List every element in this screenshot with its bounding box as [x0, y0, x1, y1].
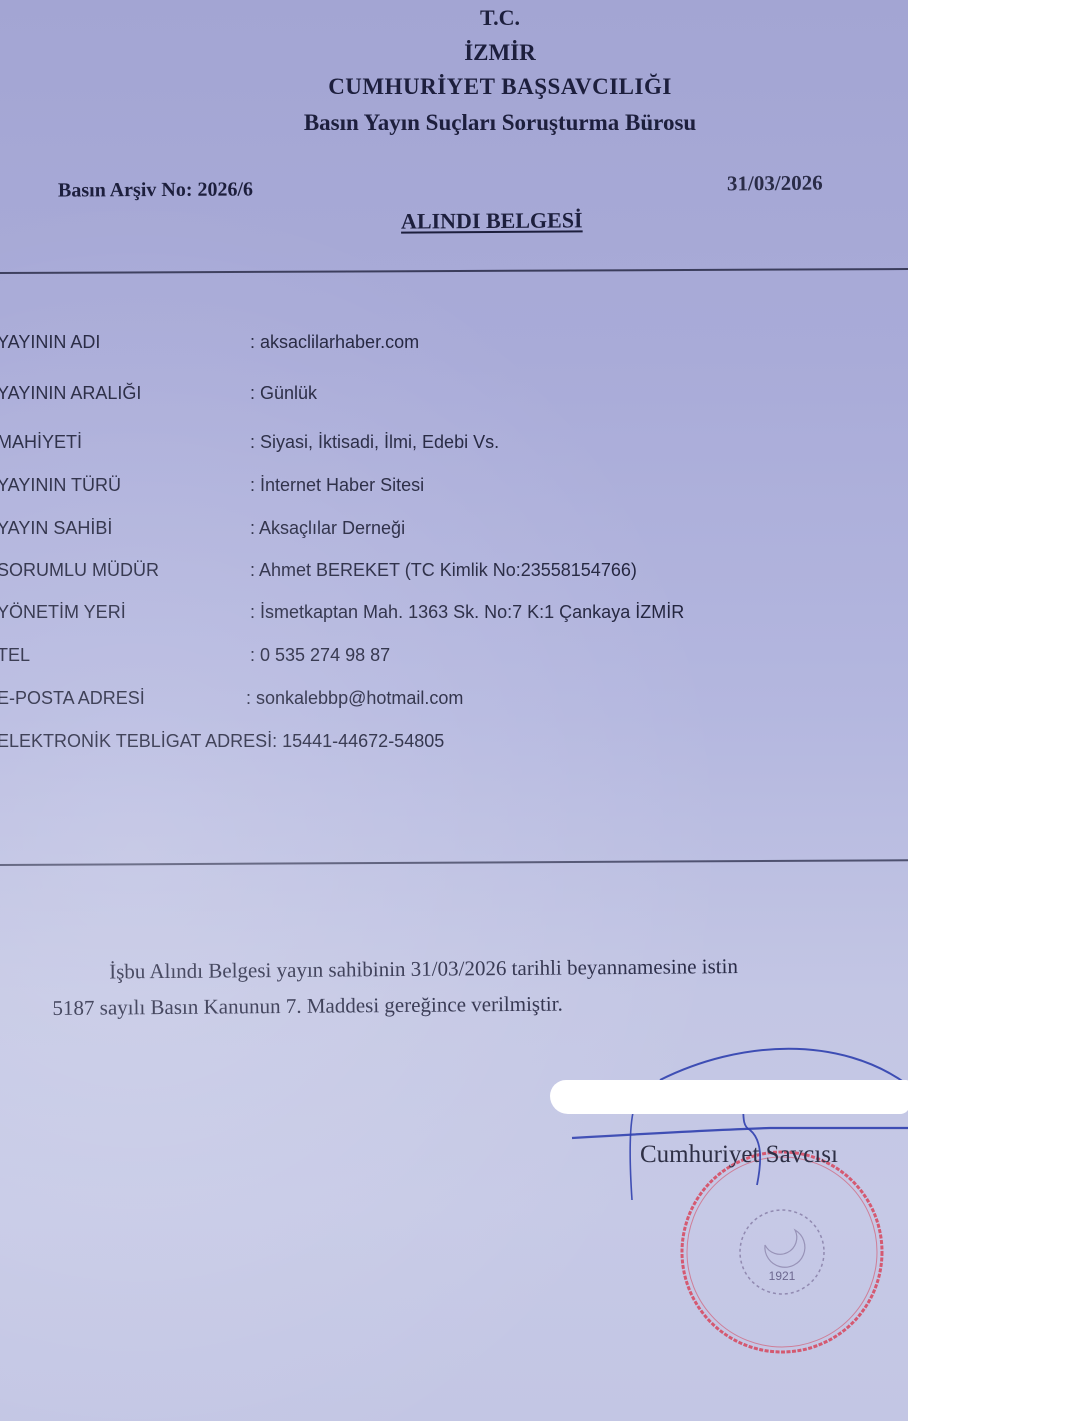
field-label: YÖNETİM YERİ: [0, 602, 126, 623]
body-line-2: 5187 sayılı Basın Kanunun 7. Maddesi ger…: [52, 982, 908, 1026]
document-title: ALINDI BELGESİ: [401, 207, 583, 234]
field-value: : İsmetkaptan Mah. 1363 Sk. No:7 K:1 Çan…: [250, 602, 684, 623]
field-value: : Aksaçlılar Derneği: [250, 518, 405, 539]
redacted-name: [550, 1080, 908, 1114]
field-label: YAYININ ARALIĞI: [0, 383, 141, 404]
field-label: TEL: [0, 645, 30, 666]
field-value: : Siyasi, İktisadi, İlmi, Edebi Vs.: [250, 432, 499, 453]
field-value: : sonkalebbp@hotmail.com: [246, 688, 463, 709]
archive-number: Basın Arşiv No: 2026/6: [58, 178, 253, 202]
header-bureau: Basın Yayın Suçları Soruşturma Bürosu: [0, 110, 908, 136]
document-photo: T.C. İZMİR CUMHURİYET BAŞSAVCILIĞI Basın…: [0, 0, 908, 1421]
header-office: CUMHURİYET BAŞSAVCILIĞI: [0, 74, 908, 100]
field-value: : 0 535 274 98 87: [250, 645, 390, 666]
field-label: ELEKTRONİK TEBLİGAT ADRESİ: 15441-44672-…: [0, 731, 444, 752]
body-paragraph: İşbu Alındı Belgesi yayın sahibinin 31/0…: [52, 946, 908, 1026]
field-label: MAHİYETİ: [0, 432, 82, 453]
field-label: E-POSTA ADRESİ: [0, 688, 145, 709]
field-label: YAYIN SAHİBİ: [0, 518, 112, 539]
field-value: : aksaclilarhaber.com: [250, 332, 419, 353]
signature-title: Cumhuriyet Savcısı: [640, 1141, 838, 1169]
field-value: : Günlük: [250, 383, 317, 404]
header-city: İZMİR: [0, 40, 908, 66]
stamp-year: 1921: [769, 1269, 796, 1283]
field-value: : İnternet Haber Sitesi: [250, 475, 424, 496]
field-value: : Ahmet BEREKET (TC Kimlik No:2355815476…: [250, 560, 637, 581]
signature-scribble: [540, 1030, 908, 1230]
divider-top: [0, 268, 908, 274]
divider-bottom: [0, 859, 908, 866]
field-label: YAYININ ADI: [0, 332, 100, 353]
document-date: 31/03/2026: [727, 171, 823, 197]
header-tc: T.C.: [0, 5, 908, 31]
blank-margin: [908, 0, 1070, 1421]
field-label: YAYININ TÜRÜ: [0, 475, 121, 496]
field-label: SORUMLU MÜDÜR: [0, 560, 159, 581]
